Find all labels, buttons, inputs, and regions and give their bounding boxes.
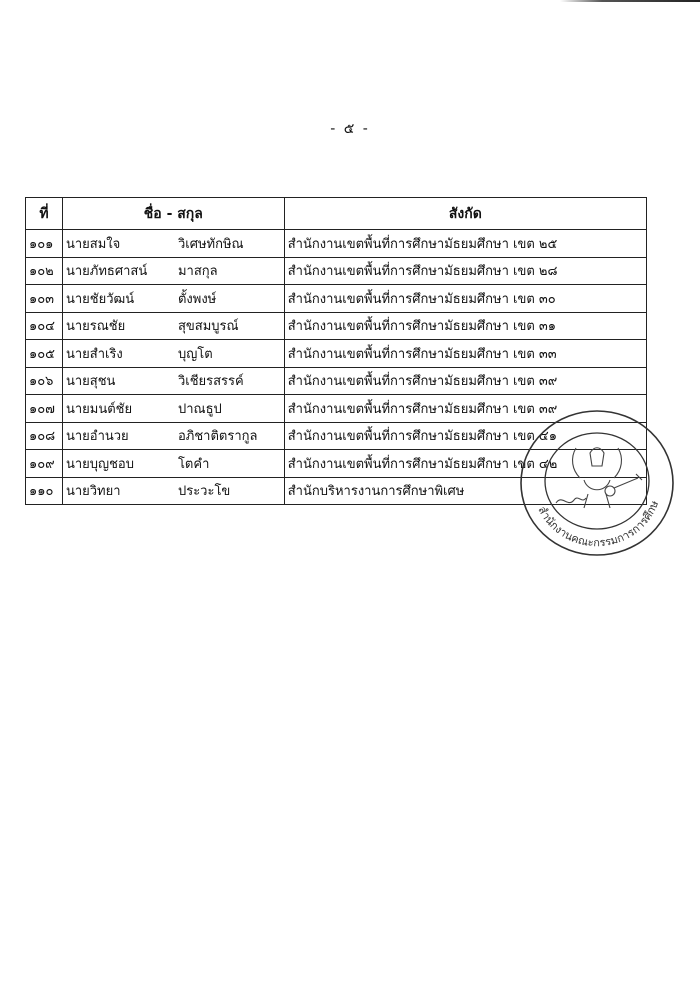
- last-name: ประวะโข: [178, 480, 230, 501]
- first-name: นายสุชน: [66, 370, 178, 391]
- last-name: สุขสมบูรณ์: [178, 315, 239, 336]
- affiliation-cell: สำนักงานเขตพื้นที่การศึกษามัธยมศึกษา เขต…: [284, 450, 646, 478]
- full-name-cell: นายอำนวยอภิชาติตรากูล: [62, 422, 284, 450]
- first-name: นายวิทยา: [66, 480, 178, 501]
- row-number: ๑๐๙: [26, 450, 63, 478]
- full-name-cell: นายมนต์ชัยปาณธูป: [62, 395, 284, 423]
- last-name: อภิชาติตรากูล: [178, 425, 258, 446]
- last-name: ตั้งพงษ์: [178, 288, 216, 309]
- affiliation-cell: สำนักงานเขตพื้นที่การศึกษามัธยมศึกษา เขต…: [284, 257, 646, 285]
- row-number: ๑๑๐: [26, 477, 63, 505]
- first-name: นายมนต์ชัย: [66, 398, 178, 419]
- row-number: ๑๐๔: [26, 312, 63, 340]
- row-number: ๑๐๕: [26, 340, 63, 368]
- table-row: ๑๐๑นายสมใจวิเศษทักษิณสำนักงานเขตพื้นที่ก…: [26, 230, 647, 258]
- full-name-cell: นายสมใจวิเศษทักษิณ: [62, 230, 284, 258]
- row-number: ๑๐๗: [26, 395, 63, 423]
- affiliation-cell: สำนักงานเขตพื้นที่การศึกษามัธยมศึกษา เขต…: [284, 230, 646, 258]
- full-name-cell: นายสำเริงบุญโต: [62, 340, 284, 368]
- first-name: นายชัยวัฒน์: [66, 288, 178, 309]
- page-number: - ๕ -: [0, 118, 700, 140]
- scan-edge-artifact: [560, 0, 700, 2]
- affiliation-cell: สำนักงานเขตพื้นที่การศึกษามัธยมศึกษา เขต…: [284, 395, 646, 423]
- header-affiliation: สังกัด: [284, 198, 646, 230]
- full-name-cell: นายวิทยาประวะโข: [62, 477, 284, 505]
- table-row: ๑๐๔นายรณชัยสุขสมบูรณ์สำนักงานเขตพื้นที่ก…: [26, 312, 647, 340]
- table-row: ๑๐๖นายสุชนวิเชียรสรรค์สำนักงานเขตพื้นที่…: [26, 367, 647, 395]
- row-number: ๑๐๓: [26, 285, 63, 313]
- full-name-cell: นายภัทธศาสน์มาสกุล: [62, 257, 284, 285]
- last-name: วิเศษทักษิณ: [178, 233, 244, 254]
- header-no: ที่: [26, 198, 63, 230]
- full-name-cell: นายสุชนวิเชียรสรรค์: [62, 367, 284, 395]
- row-number: ๑๐๒: [26, 257, 63, 285]
- last-name: มาสกุล: [178, 260, 218, 281]
- last-name: บุญโต: [178, 343, 213, 364]
- row-number: ๑๐๘: [26, 422, 63, 450]
- table-row: ๑๐๗นายมนต์ชัยปาณธูปสำนักงานเขตพื้นที่การ…: [26, 395, 647, 423]
- first-name: นายบุญชอบ: [66, 453, 178, 474]
- last-name: วิเชียรสรรค์: [178, 370, 244, 391]
- last-name: ปาณธูป: [178, 398, 222, 419]
- table-row: ๑๐๕นายสำเริงบุญโตสำนักงานเขตพื้นที่การศึ…: [26, 340, 647, 368]
- first-name: นายอำนวย: [66, 425, 178, 446]
- affiliation-cell: สำนักงานเขตพื้นที่การศึกษามัธยมศึกษา เขต…: [284, 367, 646, 395]
- table-row: ๑๐๒นายภัทธศาสน์มาสกุลสำนักงานเขตพื้นที่ก…: [26, 257, 647, 285]
- affiliation-cell: สำนักงานเขตพื้นที่การศึกษามัธยมศึกษา เขต…: [284, 422, 646, 450]
- full-name-cell: นายชัยวัฒน์ตั้งพงษ์: [62, 285, 284, 313]
- first-name: นายภัทธศาสน์: [66, 260, 178, 281]
- first-name: นายรณชัย: [66, 315, 178, 336]
- first-name: นายสำเริง: [66, 343, 178, 364]
- affiliation-cell: สำนักบริหารงานการศึกษาพิเศษ: [284, 477, 646, 505]
- header-name: ชื่อ - สกุล: [62, 198, 284, 230]
- personnel-table: ที่ ชื่อ - สกุล สังกัด ๑๐๑นายสมใจวิเศษทั…: [25, 197, 647, 505]
- table-row: ๑๐๙นายบุญชอบโตคำสำนักงานเขตพื้นที่การศึก…: [26, 450, 647, 478]
- affiliation-cell: สำนักงานเขตพื้นที่การศึกษามัธยมศึกษา เขต…: [284, 312, 646, 340]
- affiliation-cell: สำนักงานเขตพื้นที่การศึกษามัธยมศึกษา เขต…: [284, 340, 646, 368]
- last-name: โตคำ: [178, 453, 209, 474]
- table-row: ๑๐๓นายชัยวัฒน์ตั้งพงษ์สำนักงานเขตพื้นที่…: [26, 285, 647, 313]
- table-row: ๑๑๐นายวิทยาประวะโขสำนักบริหารงานการศึกษา…: [26, 477, 647, 505]
- table-row: ๑๐๘นายอำนวยอภิชาติตรากูลสำนักงานเขตพื้นท…: [26, 422, 647, 450]
- full-name-cell: นายรณชัยสุขสมบูรณ์: [62, 312, 284, 340]
- row-number: ๑๐๖: [26, 367, 63, 395]
- row-number: ๑๐๑: [26, 230, 63, 258]
- first-name: นายสมใจ: [66, 233, 178, 254]
- full-name-cell: นายบุญชอบโตคำ: [62, 450, 284, 478]
- affiliation-cell: สำนักงานเขตพื้นที่การศึกษามัธยมศึกษา เขต…: [284, 285, 646, 313]
- table-header-row: ที่ ชื่อ - สกุล สังกัด: [26, 198, 647, 230]
